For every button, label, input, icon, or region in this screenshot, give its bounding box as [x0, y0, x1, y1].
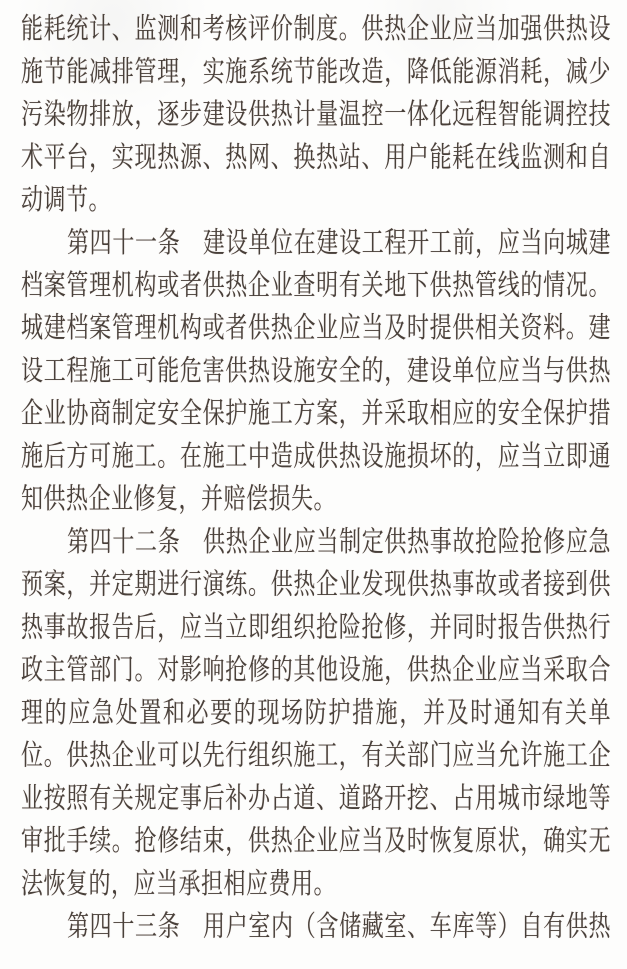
text-line-15: 热事故报告后，应当立即组织抢险抢修，并同时报告供热行 — [21, 605, 611, 648]
text-line-3: 污染物排放，逐步建设供热计量温控一体化远程智能调控技 — [21, 92, 611, 135]
article-42-heading-line: 第四十二条 供热企业应当制定供热事故抢险抢修应急 — [21, 520, 611, 563]
text-line-1: 能耗统计、监测和考核评价制度。供热企业应当加强供热设 — [21, 7, 611, 50]
scanned-document-page: 能耗统计、监测和考核评价制度。供热企业应当加强供热设 施节能减排管理，实施系统节… — [0, 0, 627, 969]
article-43-heading-line: 第四十三条 用户室内（含储藏室、车库等）自有供热 — [21, 904, 611, 947]
text-line-8: 城建档案管理机构或者供热企业应当及时提供相关资料。建 — [21, 306, 611, 349]
text-line-16: 政主管部门。对影响抢修的其他设施，供热企业应当采取合 — [21, 648, 611, 691]
text-line-12: 知供热企业修复，并赔偿损失。 — [21, 477, 611, 520]
text-line-5: 动调节。 — [21, 178, 611, 221]
text-line-4: 术平台，实现热源、热网、换热站、用户能耗在线监测和自 — [21, 135, 611, 178]
text-line-17: 理的应急处置和必要的现场防护措施，并及时通知有关单 — [21, 691, 611, 734]
text-line-18: 位。供热企业可以先行组织施工，有关部门应当允许施工企 — [21, 733, 611, 776]
text-line-11: 施后方可施工。在施工中造成供热设施损坏的，应当立即通 — [21, 434, 611, 477]
text-line-20: 审批手续。抢修结束，供热企业应当及时恢复原状，确实无 — [21, 819, 611, 862]
text-line-21: 法恢复的，应当承担相应费用。 — [21, 862, 611, 905]
text-line-10: 企业协商制定安全保护施工方案，并采取相应的安全保护措 — [21, 392, 611, 435]
text-line-19: 业按照有关规定事后补办占道、道路开挖、占用城市绿地等 — [21, 776, 611, 819]
text-line-7: 档案管理机构或者供热企业查明有关地下供热管线的情况。 — [21, 263, 611, 306]
text-line-2: 施节能减排管理，实施系统节能改造，降低能源消耗，减少 — [21, 50, 611, 93]
article-41-heading-line: 第四十一条 建设单位在建设工程开工前，应当向城建 — [21, 221, 611, 264]
text-line-14: 预案，并定期进行演练。供热企业发现供热事故或者接到供 — [21, 563, 611, 606]
regulation-text-block: 能耗统计、监测和考核评价制度。供热企业应当加强供热设 施节能减排管理，实施系统节… — [21, 7, 611, 947]
text-line-9: 设工程施工可能危害供热设施安全的，建设单位应当与供热 — [21, 349, 611, 392]
